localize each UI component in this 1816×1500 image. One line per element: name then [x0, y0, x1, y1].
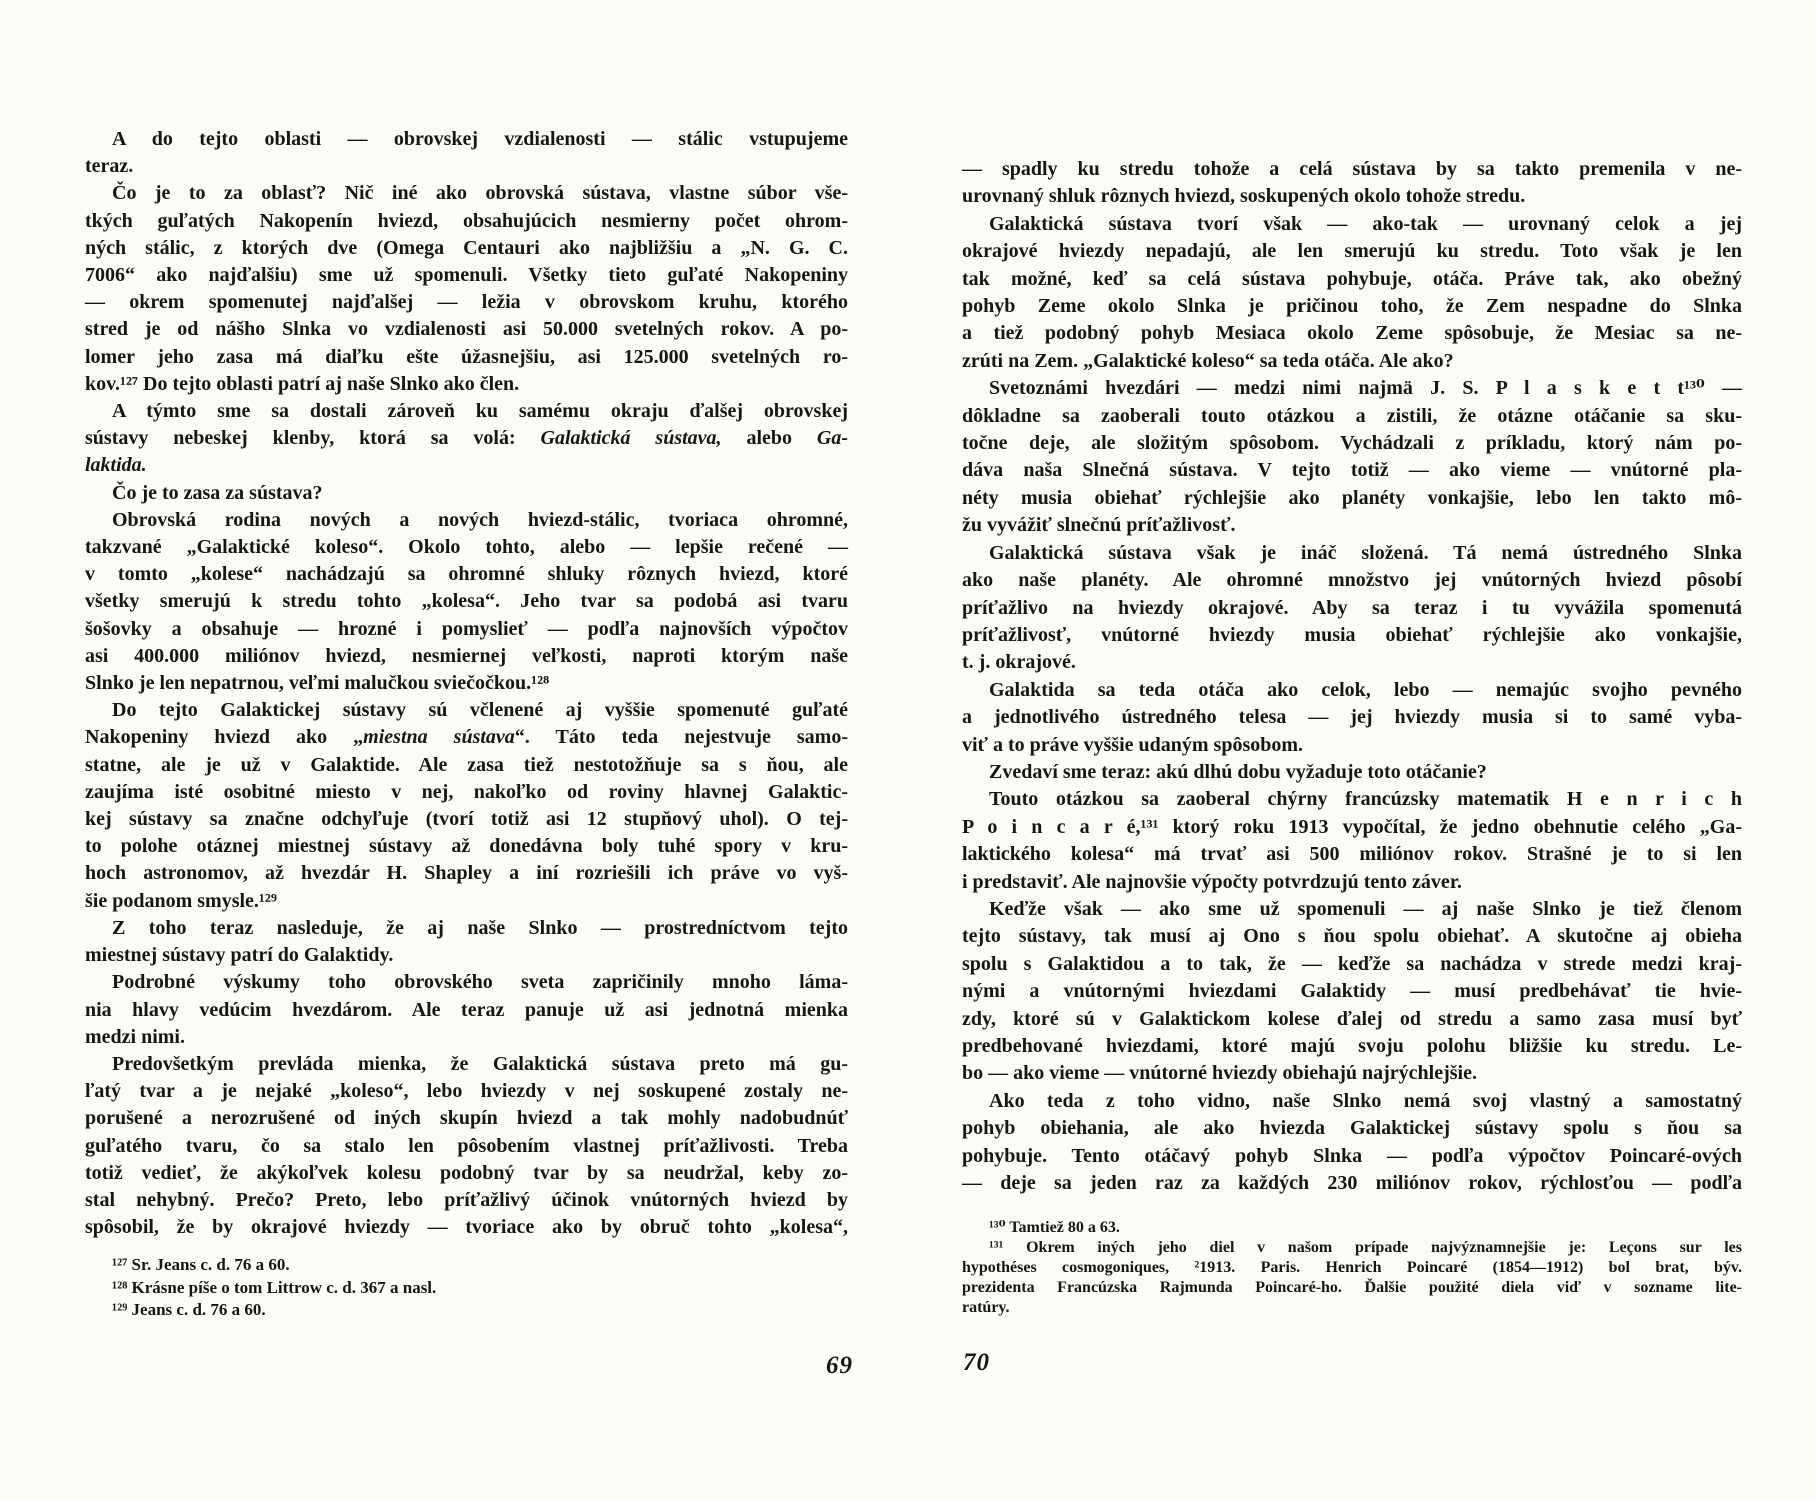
- text-line: Do tejto Galaktickej sústavy sú včlenené…: [85, 697, 848, 724]
- text-line: zaujíma isté osobitné miesto v nej, nako…: [85, 779, 848, 806]
- text-line: ¹²⁷ Sr. Jeans c. d. 76 a 60.: [85, 1254, 848, 1277]
- text-line: 7006“ ako najďalšiu) sme už spomenuli. V…: [85, 262, 848, 289]
- italic-text: laktida.: [85, 454, 147, 476]
- text-line: a tiež podobný pohyb Mesiaca okolo Zeme …: [962, 320, 1742, 347]
- text-line: stal nehybný. Prečo? Preto, lebo príťažl…: [85, 1187, 848, 1214]
- text-line: dôkladne sa zaoberali touto otázkou a zi…: [962, 403, 1742, 430]
- text-line: takzvané „Galaktické koleso“. Okolo toht…: [85, 534, 848, 561]
- text-line: kej sústavy sa značne odchyľuje (tvorí t…: [85, 806, 848, 833]
- text-line: medzi nimi.: [85, 1024, 848, 1051]
- text-line: guľatého tvaru, čo sa stalo len pôsobení…: [85, 1133, 848, 1160]
- text-line: Čo je to za oblasť? Nič iné ako obrovská…: [85, 180, 848, 207]
- text-line: miestnej sústavy patrí do Galaktidy.: [85, 942, 848, 969]
- text-line: sústavy nebeskej klenby, ktorá sa volá: …: [85, 425, 848, 452]
- text-line: točne deje, ale složitým spôsobom. Vychá…: [962, 430, 1742, 457]
- text-line: Svetoznámi hvezdári — medzi nimi najmä J…: [962, 375, 1742, 402]
- text-line: nia hlavy vedúcim hvezdárom. Ale teraz p…: [85, 997, 848, 1024]
- text-line: šošovky a obsahuje — hrozné i pomyslieť …: [85, 616, 848, 643]
- text-line: ¹³¹ Okrem iných jeho diel v našom prípad…: [962, 1238, 1742, 1258]
- text-line: ¹²⁹ Jeans c. d. 76 a 60.: [85, 1299, 848, 1322]
- text-line: to polohe otáznej miestnej sústavy až do…: [85, 833, 848, 860]
- text-line: ratúry.: [962, 1298, 1742, 1318]
- text-line: — spadly ku stredu tohože a celá sústava…: [962, 156, 1742, 183]
- text-line: Touto otázkou sa zaoberal chýrny francúz…: [962, 786, 1742, 813]
- text-line: žu vyvážiť slnečnú príťažlivosť.: [962, 512, 1742, 539]
- text-line: kov.¹²⁷ Do tejto oblasti patrí aj naše S…: [85, 371, 848, 398]
- text-line: spolu s Galaktidou a to tak, že — keďže …: [962, 951, 1742, 978]
- text-segment: Nakopeniny hviezd ako „: [85, 726, 363, 748]
- text-segment: alebo: [722, 427, 817, 449]
- text-line: šie podanom smysle.¹²⁹: [85, 888, 848, 915]
- text-line: a jednotlivého ústredného telesa — jej h…: [962, 704, 1742, 731]
- text-line: — okrem spomenutej najďalšej — ležia v o…: [85, 289, 848, 316]
- italic-text: miestna sústava: [363, 726, 515, 748]
- right-page-body: — spadly ku stredu tohože a celá sústava…: [962, 156, 1742, 1197]
- text-line: prezidenta Francúzska Rajmunda Poincaré-…: [962, 1278, 1742, 1298]
- text-line: A týmto sme sa dostali zároveň ku samému…: [85, 398, 848, 425]
- text-line: laktida.: [85, 452, 848, 479]
- text-line: — deje sa jeden raz za každých 230 milió…: [962, 1170, 1742, 1197]
- text-line: Galaktická sústava však je ináč složená.…: [962, 540, 1742, 567]
- text-line: zrúti na Zem. „Galaktické koleso“ sa ted…: [962, 348, 1742, 375]
- text-line: statne, ale je už v Galaktide. Ale zasa …: [85, 752, 848, 779]
- text-line: Galaktida sa teda otáča ako celok, lebo …: [962, 677, 1742, 704]
- page-number-right: 70: [963, 1349, 990, 1377]
- text-line: Ako teda z toho vidno, naše Slnko nemá s…: [962, 1088, 1742, 1115]
- text-line: v tomto „kolese“ nachádzajú sa ohromné s…: [85, 561, 848, 588]
- text-line: hypothéses cosmogoniques, ²1913. Paris. …: [962, 1258, 1742, 1278]
- text-line: totiž vedieť, že akýkoľvek kolesu podobn…: [85, 1160, 848, 1187]
- italic-text: Galaktická sústava,: [541, 427, 722, 449]
- text-line: Galaktická sústava tvorí však — ako-tak …: [962, 211, 1742, 238]
- text-line: porušené a nerozrušené od iných skupín h…: [85, 1105, 848, 1132]
- left-page-body: A do tejto oblasti — obrovskej vzdialeno…: [85, 126, 848, 1241]
- text-line: teraz.: [85, 153, 848, 180]
- text-line: i predstaviť. Ale najnovšie výpočty potv…: [962, 869, 1742, 896]
- text-line: pohyb obiehania, ale ako hviezda Galakti…: [962, 1115, 1742, 1142]
- text-line: urovnaný shluk rôznych hviezd, soskupený…: [962, 183, 1742, 210]
- text-line: A do tejto oblasti — obrovskej vzdialeno…: [85, 126, 848, 153]
- text-line: Predovšetkým prevláda mienka, že Galakti…: [85, 1051, 848, 1078]
- text-line: ¹²⁸ Krásne píše o tom Littrow c. d. 367 …: [85, 1277, 848, 1300]
- text-line: Slnko je len nepatrnou, veľmi malučkou s…: [85, 670, 848, 697]
- text-line: néty musia obiehať rýchlejšie ako planét…: [962, 485, 1742, 512]
- italic-text: Ga-: [817, 427, 848, 449]
- text-line: tejto sústavy, tak musí aj Ono s ňou spo…: [962, 923, 1742, 950]
- text-line: okrajové hviezdy nepadajú, ale len smeru…: [962, 238, 1742, 265]
- text-line: zdy, ktoré sú v Galaktickom kolese ďalej…: [962, 1006, 1742, 1033]
- book-spread: A do tejto oblasti — obrovskej vzdialeno…: [0, 0, 1816, 1500]
- text-line: asi 400.000 miliónov hviezd, nesmiernej …: [85, 643, 848, 670]
- text-line: pohyb Zeme okolo Slnka je pričinou toho,…: [962, 293, 1742, 320]
- text-line: hoch astronomov, až hvezdár H. Shapley a…: [85, 860, 848, 887]
- text-line: nými a vnútornými hviezdami Galaktidy — …: [962, 978, 1742, 1005]
- text-line: dáva naša Slnečná sústava. V tejto totiž…: [962, 457, 1742, 484]
- text-line: bo — ako vieme — vnútorné hviezdy obieha…: [962, 1060, 1742, 1087]
- text-line: predbehované hviezdami, ktoré majú svoju…: [962, 1033, 1742, 1060]
- text-line: príťažlivo na hviezdy okrajové. Aby sa t…: [962, 595, 1742, 622]
- text-line: Nakopeniny hviezd ako „miestna sústava“.…: [85, 724, 848, 751]
- text-line: Z toho teraz nasleduje, že aj naše Slnko…: [85, 915, 848, 942]
- left-page-footnotes: ¹²⁷ Sr. Jeans c. d. 76 a 60.¹²⁸ Krásne p…: [85, 1254, 848, 1322]
- text-line: Podrobné výskumy toho obrovského sveta z…: [85, 969, 848, 996]
- text-line: tak možné, keď sa celá sústava pohybuje,…: [962, 266, 1742, 293]
- text-line: tkých guľatých Nakopenín hviezd, obsahuj…: [85, 208, 848, 235]
- text-line: laktického kolesa“ má trvať asi 500 mili…: [962, 841, 1742, 868]
- text-line: spôsobil, že by okrajové hviezdy — tvori…: [85, 1214, 848, 1241]
- text-line: viť a to práve vyššie udaným spôsobom.: [962, 732, 1742, 759]
- text-line: Zvedaví sme teraz: akú dlhú dobu vyžaduj…: [962, 759, 1742, 786]
- text-line: t. j. okrajové.: [962, 649, 1742, 676]
- text-line: všetky smerujú k stredu tohto „kolesa“. …: [85, 588, 848, 615]
- text-line: ných stálic, z ktorých dve (Omega Centau…: [85, 235, 848, 262]
- right-page-footnotes: ¹³⁰ Tamtiež 80 a 63.¹³¹ Okrem iných jeho…: [962, 1218, 1742, 1318]
- text-line: P o i n c a r é,¹³¹ ktorý roku 1913 vypo…: [962, 814, 1742, 841]
- text-line: pohybuje. Tento otáčavý pohyb Slnka — po…: [962, 1143, 1742, 1170]
- text-line: lomer jeho zasa má diaľku ešte úžasnejši…: [85, 344, 848, 371]
- text-segment: “. Táto teda nejestvuje samo-: [515, 726, 848, 748]
- text-line: stred je od nášho Slnka vo vzdialenosti …: [85, 316, 848, 343]
- text-line: Keďže však — ako sme už spomenuli — aj n…: [962, 896, 1742, 923]
- text-line: ako naše planéty. Ale ohromné množstvo j…: [962, 567, 1742, 594]
- text-line: príťažlivosť, vnútorné hviezdy musia obi…: [962, 622, 1742, 649]
- text-line: ľatý tvar a je nejaké „koleso“, lebo hvi…: [85, 1078, 848, 1105]
- page-number-left: 69: [85, 1352, 853, 1380]
- text-line: Obrovská rodina nových a nových hviezd-s…: [85, 507, 848, 534]
- text-segment: sústavy nebeskej klenby, ktorá sa volá:: [85, 427, 541, 449]
- text-line: ¹³⁰ Tamtiež 80 a 63.: [962, 1218, 1742, 1238]
- text-line: Čo je to zasa za sústava?: [85, 480, 848, 507]
